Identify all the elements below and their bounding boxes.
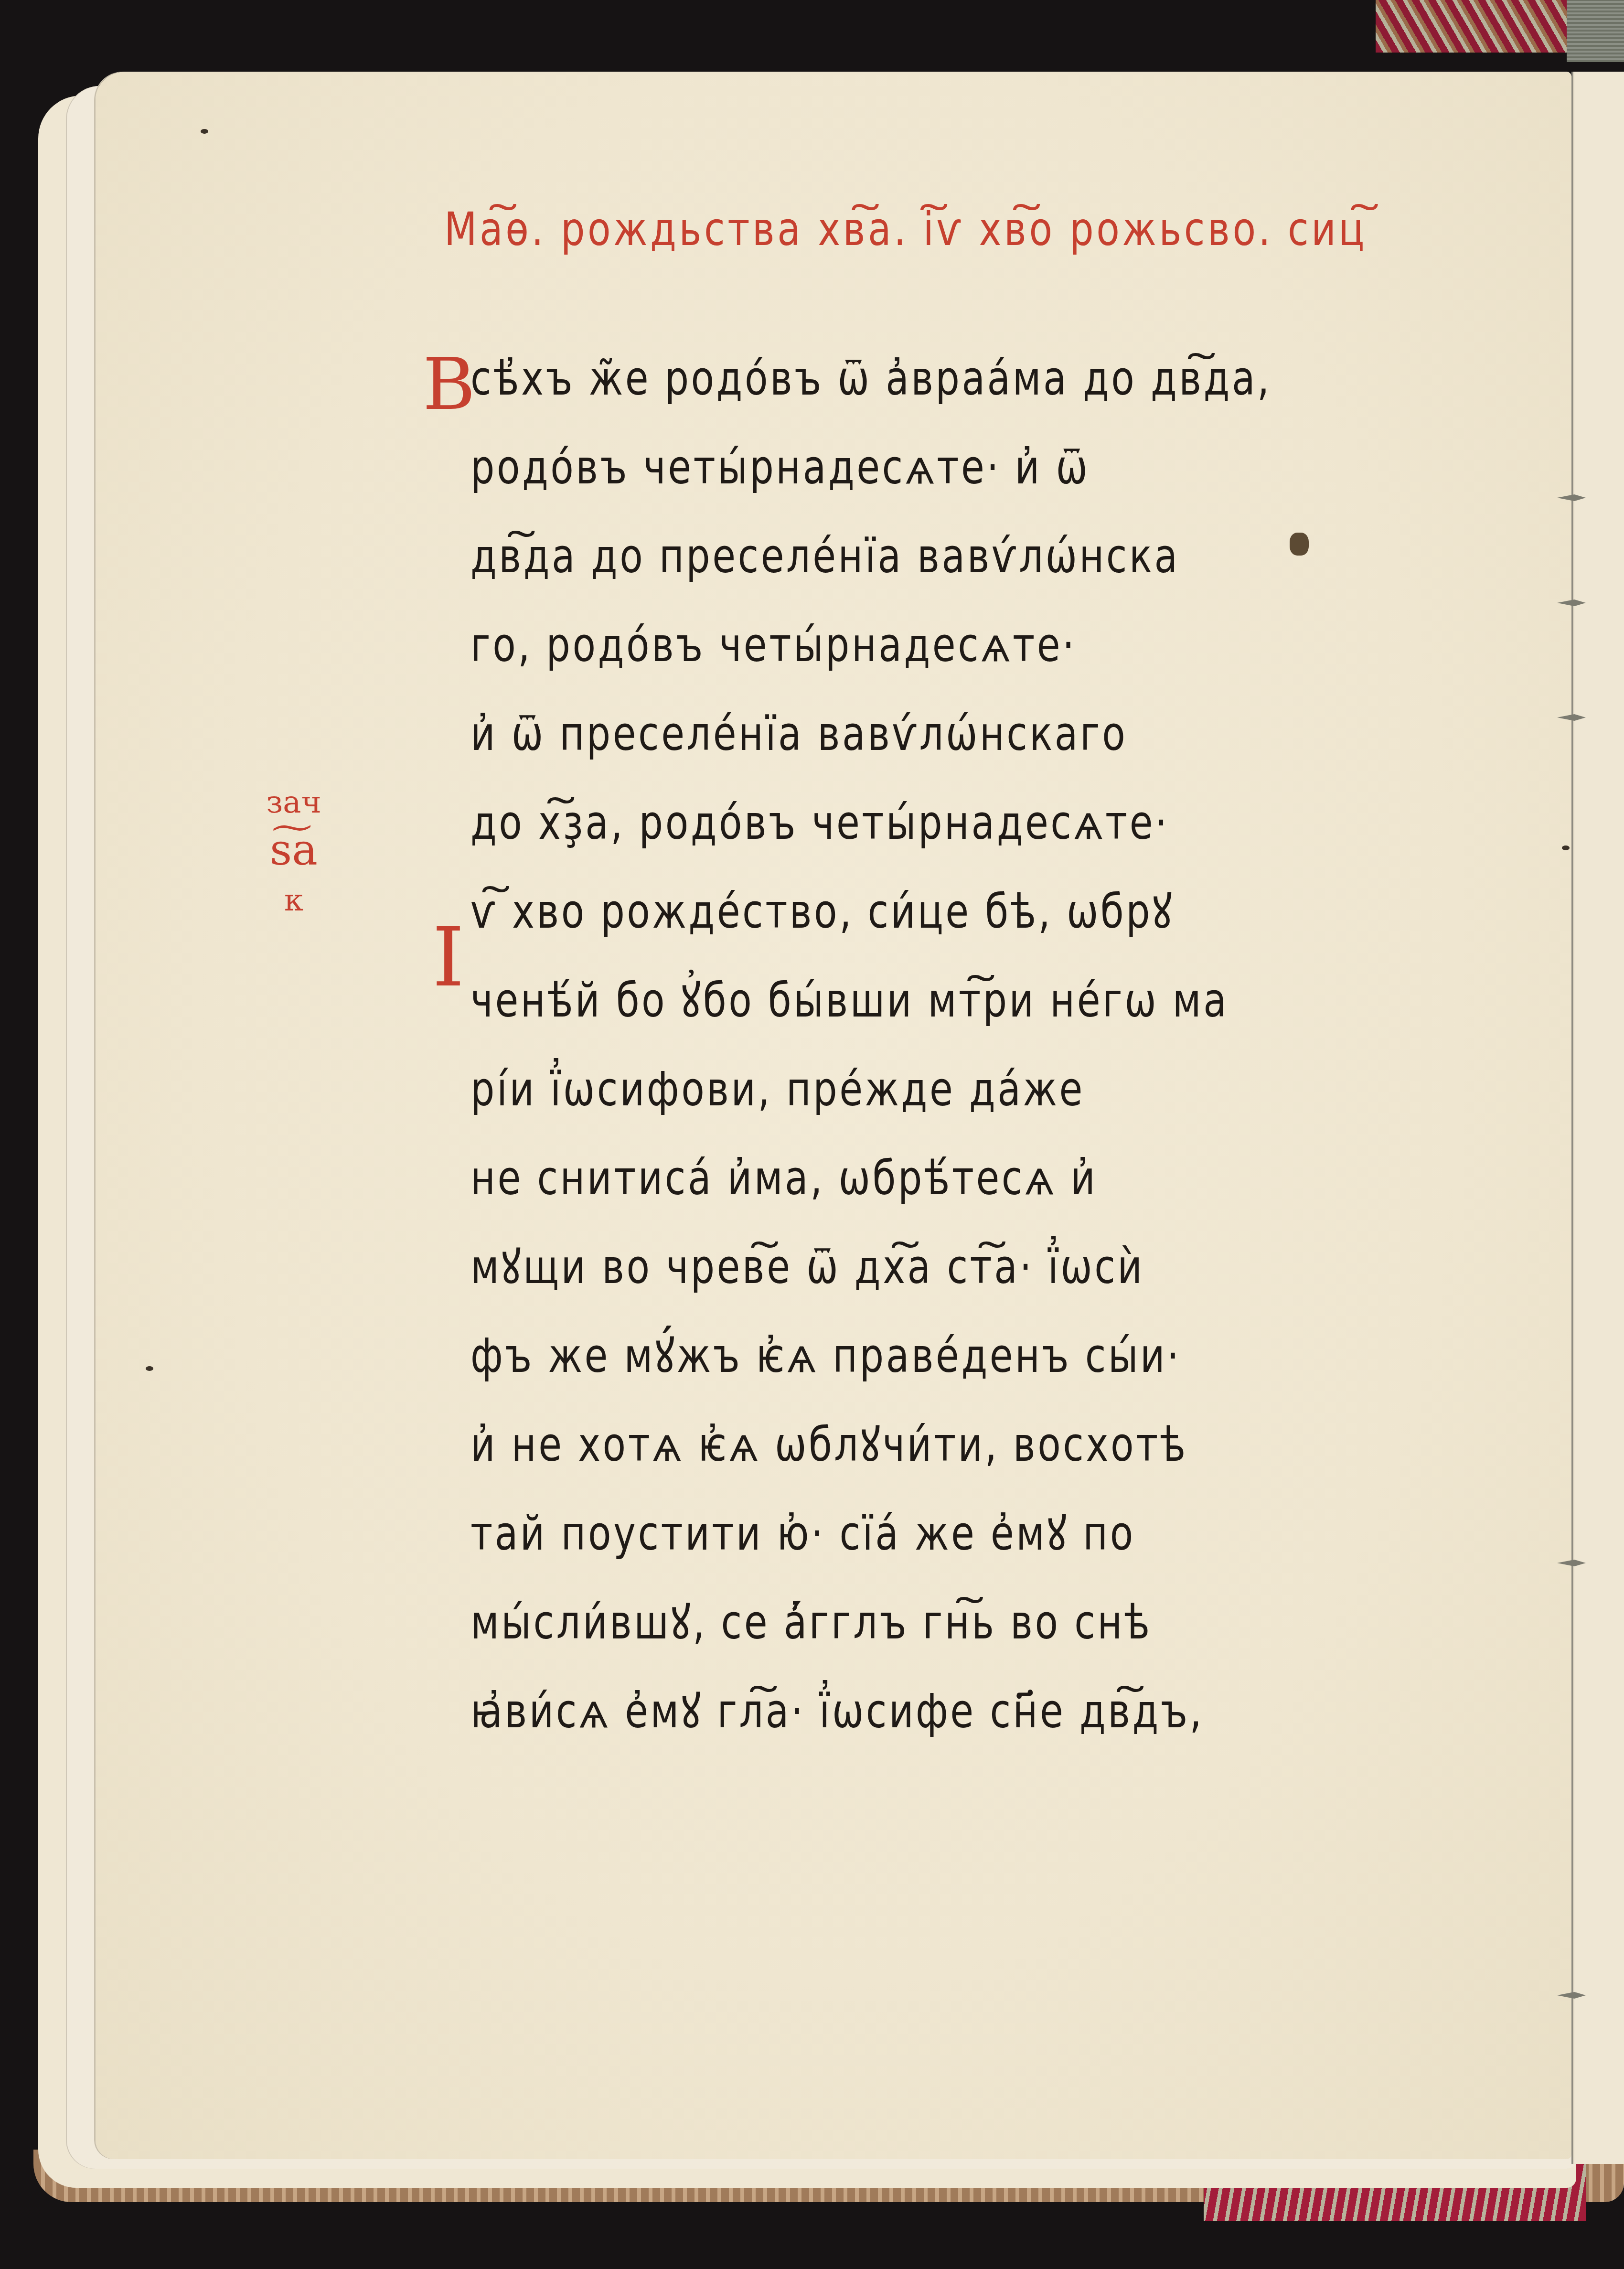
text-line: мы́сли́вшꙋ, се а҆́гглъ гн͠ь во снѣ <box>470 1578 1313 1667</box>
text-line: дв͠да до преселе́нїа вавѵ́лѡ́нска <box>470 512 1313 601</box>
text-line: рі́и ї҆ѡсифови, пре́жде да́же <box>470 1045 1313 1134</box>
text-line: ченѣ́й бо ꙋ҆бо бы́вши мт͠ри не́гѡ ма <box>470 956 1313 1045</box>
gutter-fold <box>1571 72 1573 2164</box>
margin-note-number: ѕ͠а <box>260 822 327 879</box>
text-line: и҆ ѿ преселе́нїа вавѵ́лѡ́нскаго <box>470 690 1313 779</box>
text-line: го, родо́въ четы́рнадесѧте· <box>470 601 1313 690</box>
text-line: и҆ не хотѧ ѥ҆ѧ ѡблꙋчи́ти, восхотѣ <box>470 1401 1313 1489</box>
main-text-block: сѣ҆хъ ж̃е родо́въ ѿ а҆враа́ма до дв͠да, … <box>470 334 1407 1756</box>
margin-note-sub: к <box>260 879 327 922</box>
text-line: до х͠ҙа, родо́въ четы́рнадесѧте· <box>470 779 1313 867</box>
text-line: фъ же мꙋ́жъ ѥ҆ѧ праве́денъ сы́и· <box>470 1312 1313 1401</box>
text-line: ꙗ҆ви́сѧ е҆мꙋ гл͠а· ї҆ѡсифе сн҃е дв͠дъ, <box>470 1667 1313 1756</box>
text-line: мꙋщи во чрев͠е ѿ дх͠а ст͠а· ї҆ѡсѝ <box>470 1223 1313 1312</box>
page-edges-top <box>1567 0 1624 62</box>
ink-speck <box>146 1366 153 1371</box>
ink-speck <box>201 129 208 134</box>
margin-pericope-note: зач ѕ͠а к <box>260 783 327 922</box>
facing-page-gutter <box>1571 72 1624 2164</box>
ink-speck <box>1562 846 1570 850</box>
text-line: родо́въ четы́рнадесѧте· и҆ ѿ <box>470 423 1313 512</box>
text-line: тай поустити ю҆· сїа́ же е҆мꙋ по <box>470 1489 1313 1578</box>
rubric-header: Ма͠ѳ. рождьства хв͠а. і͠ѵ хв͠о рожьсво. … <box>444 198 1279 260</box>
text-line: не снитиса́ и҆ма, ѡбрѣ́тесѧ и҆ <box>470 1134 1313 1223</box>
red-initial-letter-2: І <box>432 910 464 1006</box>
margin-note-label: зач <box>260 783 327 822</box>
text-line: ѵ͠ хво рожде́ство, си́це бѣ, ѡбрꙋ <box>470 867 1313 956</box>
ink-stain <box>1290 533 1309 556</box>
text-line: сѣ҆хъ ж̃е родо́въ ѿ а҆враа́ма до дв͠да, <box>470 334 1313 423</box>
red-initial-letter: В <box>423 344 475 425</box>
